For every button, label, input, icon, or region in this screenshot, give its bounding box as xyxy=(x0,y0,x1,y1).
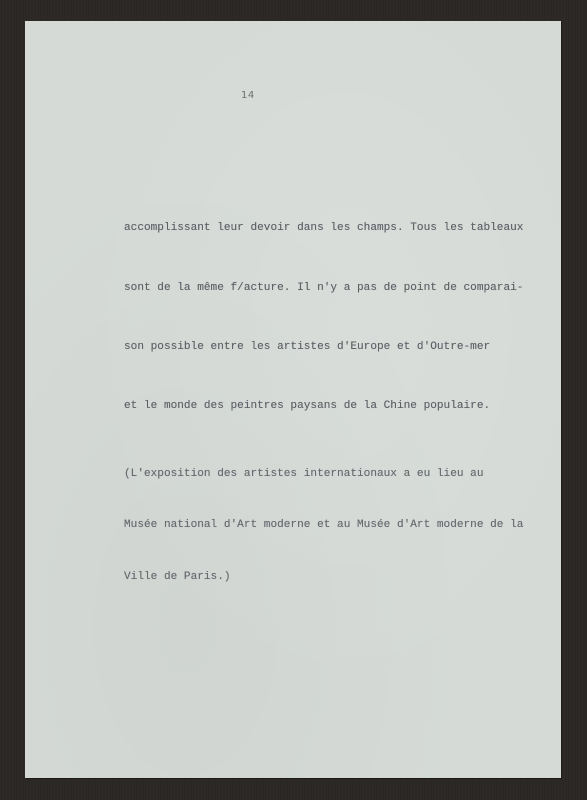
typewritten-page: 14 accomplissant leur devoir dans les ch… xyxy=(25,21,561,778)
text-line: (L'exposition des artistes internationau… xyxy=(124,466,523,483)
page-number: 14 xyxy=(241,90,255,101)
text-line: Musée national d'Art moderne et au Musée… xyxy=(124,517,523,534)
paragraph-body: accomplissant leur devoir dans les champ… xyxy=(124,180,523,456)
text-line: et le monde des peintres paysans de la C… xyxy=(124,397,523,417)
text-line: accomplissant leur devoir dans les champ… xyxy=(124,219,523,239)
text-line: sont de la même f/acture. Il n'y a pas d… xyxy=(124,279,523,299)
text-line: Ville de Paris.) xyxy=(124,569,523,586)
paragraph-note: (L'exposition des artistes internationau… xyxy=(124,431,523,621)
text-line: son possible entre les artistes d'Europe… xyxy=(124,338,523,358)
